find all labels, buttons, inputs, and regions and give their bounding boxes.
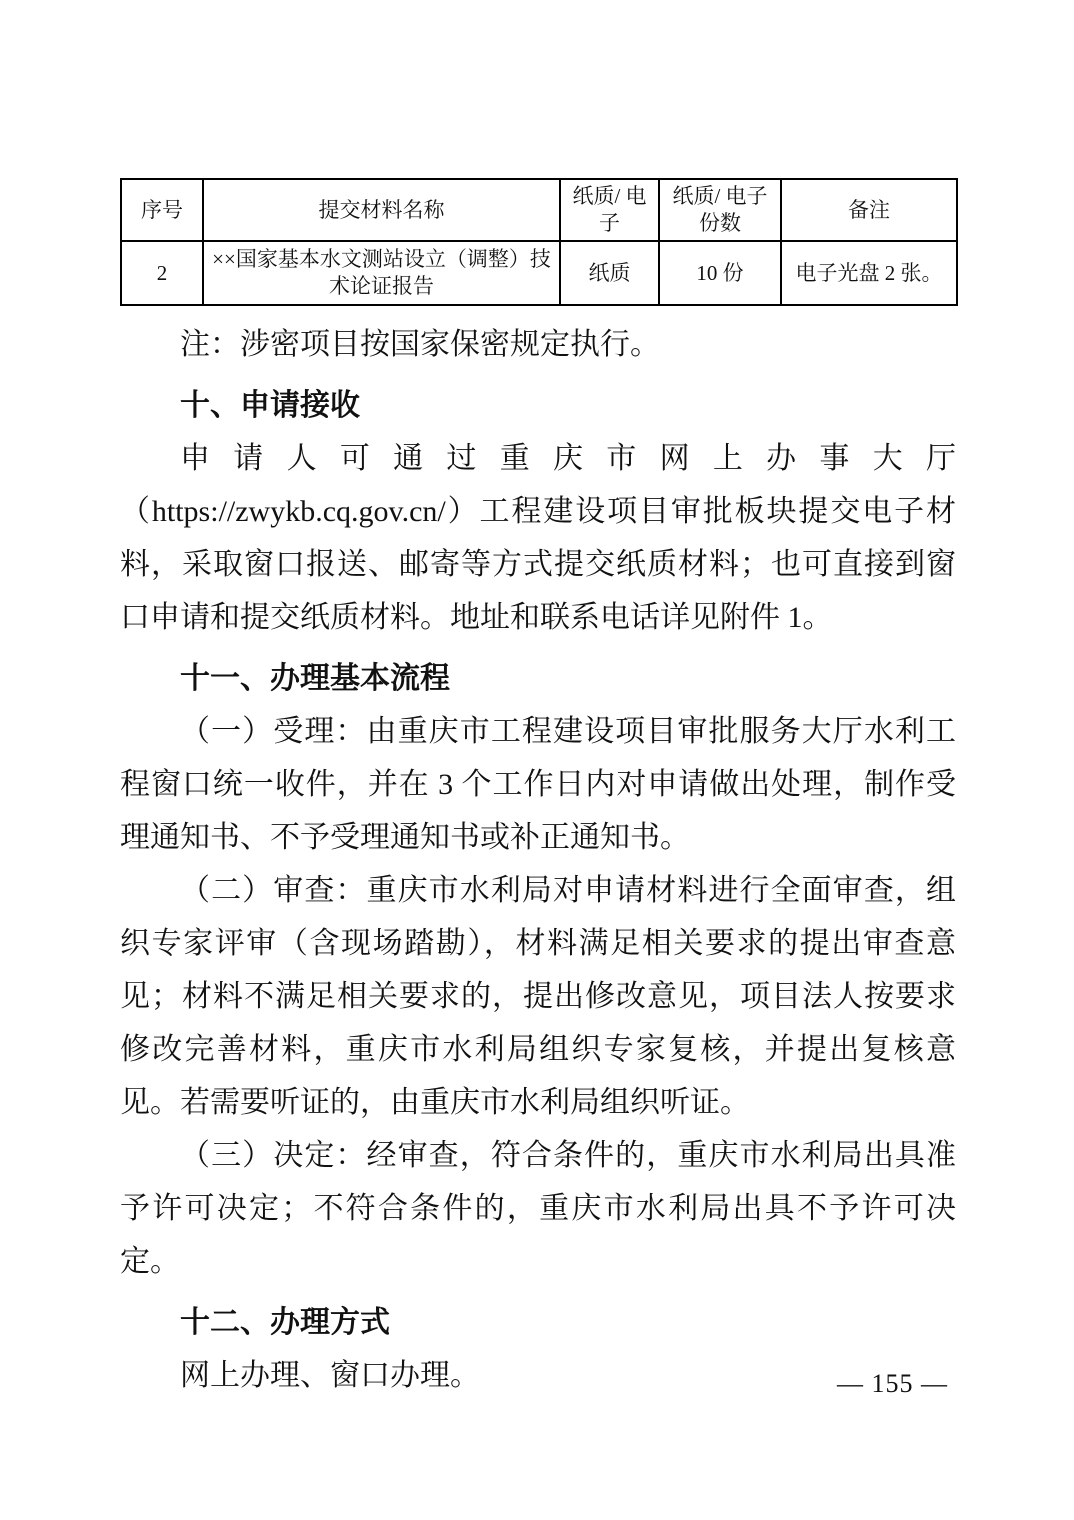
section-heading-11: 十一、办理基本流程: [120, 652, 956, 705]
section-11-paragraph-1: （一）受理：由重庆市工程建设项目审批服务大厅水利工程窗口统一收件，并在 3 个工…: [120, 705, 956, 864]
materials-table: 序号 提交材料名称 纸质/ 电子 纸质/ 电子 份数 备注 2 ××国家基本水文…: [120, 178, 958, 306]
table-note: 注：涉密项目按国家保密规定执行。: [120, 318, 956, 371]
section-heading-12: 十二、办理方式: [120, 1296, 956, 1349]
section-11-paragraph-2: （二）审查：重庆市水利局对申请材料进行全面审查，组织专家评审（含现场踏勘），材料…: [120, 864, 956, 1129]
col-header-remarks: 备注: [781, 179, 957, 241]
cell-remarks: 电子光盘 2 张。: [781, 241, 957, 305]
section-11-paragraph-3: （三）决定：经审查，符合条件的，重庆市水利局出具准予许可决定；不符合条件的，重庆…: [120, 1129, 956, 1288]
cell-medium: 纸质: [560, 241, 659, 305]
table-header-row: 序号 提交材料名称 纸质/ 电子 纸质/ 电子 份数 备注: [121, 179, 957, 241]
page-content: 序号 提交材料名称 纸质/ 电子 纸质/ 电子 份数 备注 2 ××国家基本水文…: [120, 178, 956, 1402]
document-page: 序号 提交材料名称 纸质/ 电子 纸质/ 电子 份数 备注 2 ××国家基本水文…: [0, 0, 1074, 1520]
document-body: 注：涉密项目按国家保密规定执行。 十、申请接收 申请人可通过重庆市网上办事大厅（…: [120, 318, 956, 1402]
section-10-paragraph: 申请人可通过重庆市网上办事大厅（https://zwykb.cq.gov.cn/…: [120, 432, 956, 644]
col-header-material-name: 提交材料名称: [203, 179, 560, 241]
col-header-medium: 纸质/ 电子: [560, 179, 659, 241]
cell-material-name: ××国家基本水文测站设立（调整）技术论证报告: [203, 241, 560, 305]
page-number: — 155 —: [837, 1368, 948, 1400]
cell-index: 2: [121, 241, 203, 305]
section-12-paragraph: 网上办理、窗口办理。: [120, 1349, 956, 1402]
table-row: 2 ××国家基本水文测站设立（调整）技术论证报告 纸质 10 份 电子光盘 2 …: [121, 241, 957, 305]
col-header-index: 序号: [121, 179, 203, 241]
cell-copies: 10 份: [659, 241, 781, 305]
section-heading-10: 十、申请接收: [120, 379, 956, 432]
col-header-copies: 纸质/ 电子 份数: [659, 179, 781, 241]
